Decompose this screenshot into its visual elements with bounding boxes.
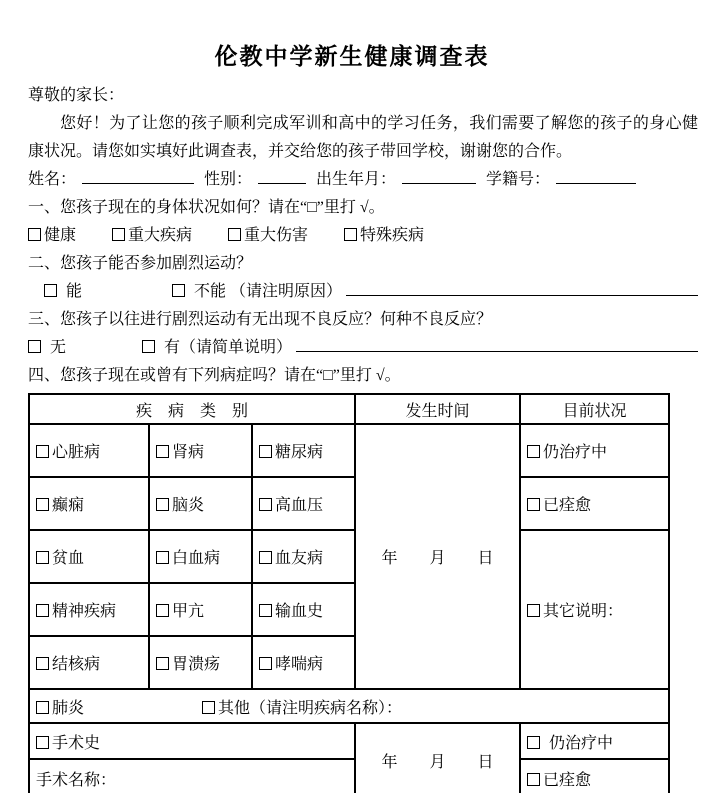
- disease-label: 糖尿病: [275, 444, 323, 461]
- gender-label: 性别：: [204, 171, 252, 188]
- surgery-status-treating-cell: 仍治疗中: [520, 723, 669, 759]
- header-disease-category: 疾 病 类 别: [29, 394, 355, 424]
- option-label: 有（请简单说明）: [164, 339, 292, 356]
- disease-cell: 输血史: [252, 583, 355, 636]
- checkbox-icon: [156, 498, 169, 511]
- disease-cell: 精神疾病: [29, 583, 149, 636]
- checkbox-icon: [527, 445, 540, 458]
- document-body: 尊敬的家长： 您好！为了让您的孩子顺利完成军训和高中的学习任务，我们需要了解您的…: [28, 82, 698, 793]
- checkbox-icon: [344, 228, 357, 241]
- surgery-time-cell: 年 月 日: [355, 723, 520, 793]
- option-has: 有（请简单说明）: [142, 334, 292, 362]
- pneumonia-other-content: 肺炎 其他（请注明疾病名称）：: [36, 695, 662, 718]
- status-label: 已痊愈: [543, 497, 591, 514]
- name-blank: [82, 166, 194, 184]
- checkbox-icon: [202, 701, 215, 714]
- table-row-surgery-name: 手术名称： 已痊愈: [29, 759, 669, 793]
- table-row: 癫痫 脑炎 高血压 已痊愈: [29, 477, 669, 530]
- checkbox-icon: [36, 657, 49, 670]
- checkbox-icon: [36, 701, 49, 714]
- disease-label: 肺炎: [52, 700, 84, 717]
- option-other-disease: 其他（请注明疾病名称）：: [202, 695, 402, 718]
- option-label: 不能 （请注明原因）: [194, 283, 342, 300]
- checkbox-icon: [259, 498, 272, 511]
- reason-blank: [346, 278, 698, 296]
- status-treating-cell: 仍治疗中: [520, 424, 669, 477]
- checkbox-icon: [112, 228, 125, 241]
- birth-blank: [402, 166, 476, 184]
- option-pneumonia: 肺炎: [36, 695, 84, 718]
- disease-label: 精神疾病: [52, 603, 116, 620]
- checkbox-icon: [36, 736, 49, 749]
- surgery-name-cell: 手术名称：: [29, 759, 355, 793]
- checkbox-icon: [228, 228, 241, 241]
- header-current-status: 目前状况: [520, 394, 669, 424]
- disease-label: 结核病: [52, 656, 100, 673]
- question-1-options: 健康 重大疾病 重大伤害 特殊疾病: [28, 222, 698, 250]
- disease-cell: 胃溃疡: [149, 636, 252, 689]
- name-label: 姓名：: [28, 171, 76, 188]
- disease-cell: 高血压: [252, 477, 355, 530]
- option-none: 无: [28, 334, 66, 362]
- surgery-history-label: 手术史: [52, 735, 100, 752]
- disease-cell: 甲亢: [149, 583, 252, 636]
- checkbox-icon: [259, 445, 272, 458]
- page-title: 伦教中学新生健康调查表: [0, 0, 704, 72]
- option-label: 特殊疾病: [360, 227, 424, 244]
- disease-label: 癫痫: [52, 497, 84, 514]
- surgery-status-cured-cell: 已痊愈: [520, 759, 669, 793]
- disease-label: 肾病: [172, 444, 204, 461]
- info-line: 姓名：性别：出生年月：学籍号：: [28, 166, 698, 194]
- disease-table: 疾 病 类 别 发生时间 目前状况 心脏病 肾病 糖尿病 年 月 日 仍治疗中 …: [28, 393, 670, 793]
- option-can: 能: [44, 278, 82, 306]
- checkbox-icon: [527, 498, 540, 511]
- disease-cell: 癫痫: [29, 477, 149, 530]
- table-header-row: 疾 病 类 别 发生时间 目前状况: [29, 394, 669, 424]
- disease-cell: 糖尿病: [252, 424, 355, 477]
- disease-cell: 白血病: [149, 530, 252, 583]
- question-4-prompt: 四、您孩子现在或曾有下列病症吗？请在“□”里打 √。: [28, 362, 698, 390]
- disease-label: 贫血: [52, 550, 84, 567]
- disease-label: 白血病: [172, 550, 220, 567]
- intro-paragraph: 您好！为了让您的孩子顺利完成军训和高中的学习任务，我们需要了解您的孩子的身心健康…: [28, 110, 698, 166]
- option-healthy: 健康: [28, 222, 76, 250]
- checkbox-icon: [259, 604, 272, 617]
- status-cured-cell: 已痊愈: [520, 477, 669, 530]
- disease-cell: 脑炎: [149, 477, 252, 530]
- question-2-options: 能 不能 （请注明原因）: [28, 278, 698, 306]
- checkbox-icon: [259, 657, 272, 670]
- disease-cell: 血友病: [252, 530, 355, 583]
- student-id-label: 学籍号：: [486, 171, 550, 188]
- checkbox-icon: [156, 551, 169, 564]
- health-survey-document: 伦教中学新生健康调查表 尊敬的家长： 您好！为了让您的孩子顺利完成军训和高中的学…: [0, 0, 704, 793]
- disease-label: 输血史: [275, 603, 323, 620]
- option-label: 无: [50, 339, 66, 356]
- explanation-blank: [296, 334, 698, 352]
- status-label: 仍治疗中: [549, 735, 613, 752]
- checkbox-icon: [142, 340, 155, 353]
- question-3-prompt: 三、您孩子以往进行剧烈运动有无出现不良反应？何种不良反应？: [28, 306, 698, 334]
- student-id-blank: [556, 166, 636, 184]
- table-row-pneumonia: 肺炎 其他（请注明疾病名称）：: [29, 689, 669, 723]
- surgery-history-cell: 手术史: [29, 723, 355, 759]
- option-major-disease: 重大疾病: [112, 222, 192, 250]
- checkbox-icon: [527, 736, 540, 749]
- birth-label: 出生年月：: [316, 171, 396, 188]
- checkbox-icon: [28, 228, 41, 241]
- disease-label: 哮喘病: [275, 656, 323, 673]
- option-label: 能: [66, 283, 82, 300]
- checkbox-icon: [156, 657, 169, 670]
- disease-cell: 贫血: [29, 530, 149, 583]
- disease-label: 甲亢: [172, 603, 204, 620]
- checkbox-icon: [28, 340, 41, 353]
- salutation: 尊敬的家长：: [28, 82, 698, 110]
- disease-label: 心脏病: [52, 444, 100, 461]
- option-label: 健康: [44, 227, 76, 244]
- status-label: 仍治疗中: [543, 444, 607, 461]
- disease-label: 血友病: [275, 550, 323, 567]
- disease-cell: 肾病: [149, 424, 252, 477]
- disease-cell: 结核病: [29, 636, 149, 689]
- option-label: 重大伤害: [244, 227, 308, 244]
- checkbox-icon: [36, 445, 49, 458]
- table-row: 贫血 白血病 血友病 其它说明：: [29, 530, 669, 583]
- checkbox-icon: [36, 498, 49, 511]
- checkbox-icon: [36, 551, 49, 564]
- disease-label: 其他（请注明疾病名称）：: [218, 700, 402, 717]
- table-row-surgery: 手术史 年 月 日 仍治疗中: [29, 723, 669, 759]
- question-3-options: 无 有（请简单说明）: [28, 334, 698, 362]
- checkbox-icon: [172, 284, 185, 297]
- disease-cell: 心脏病: [29, 424, 149, 477]
- pneumonia-other-cell: 肺炎 其他（请注明疾病名称）：: [29, 689, 669, 723]
- disease-label: 高血压: [275, 497, 323, 514]
- checkbox-icon: [527, 773, 540, 786]
- status-other-cell: 其它说明：: [520, 530, 669, 689]
- disease-label: 脑炎: [172, 497, 204, 514]
- option-label: 重大疾病: [128, 227, 192, 244]
- checkbox-icon: [36, 604, 49, 617]
- disease-cell: 哮喘病: [252, 636, 355, 689]
- checkbox-icon: [156, 445, 169, 458]
- checkbox-icon: [259, 551, 272, 564]
- gender-blank: [258, 166, 306, 184]
- checkbox-icon: [527, 604, 540, 617]
- checkbox-icon: [44, 284, 57, 297]
- header-occurrence-time: 发生时间: [355, 394, 520, 424]
- disease-label: 胃溃疡: [172, 656, 220, 673]
- question-2-prompt: 二、您孩子能否参加剧烈运动？: [28, 250, 698, 278]
- checkbox-icon: [156, 604, 169, 617]
- status-label: 已痊愈: [543, 772, 591, 789]
- option-cannot: 不能 （请注明原因）: [172, 278, 342, 306]
- status-label: 其它说明：: [543, 603, 623, 620]
- option-major-injury: 重大伤害: [228, 222, 308, 250]
- option-special-disease: 特殊疾病: [344, 222, 424, 250]
- question-1-prompt: 一、您孩子现在的身体状况如何？请在“□”里打 √。: [28, 194, 698, 222]
- table-row: 心脏病 肾病 糖尿病 年 月 日 仍治疗中: [29, 424, 669, 477]
- occurrence-time-cell: 年 月 日: [355, 424, 520, 689]
